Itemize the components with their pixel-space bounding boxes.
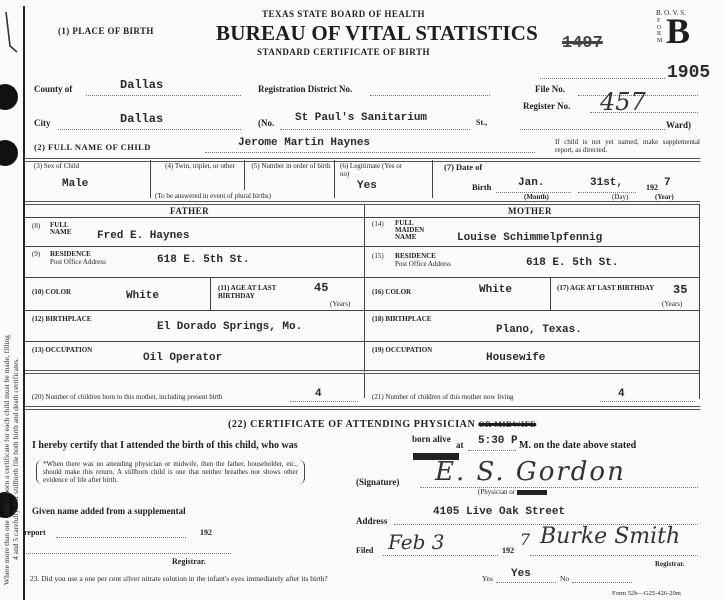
father-color-label: (10) COLOR [32, 288, 71, 296]
city-label: City [34, 118, 51, 128]
street-no-label: (No. [258, 118, 274, 128]
margin-instruction-line1: Where more than one child is born a cert… [2, 335, 11, 585]
legitimate-label: (6) Legitimate (Yes or no) [340, 162, 404, 178]
registrar-signature: Burke Smith [540, 524, 680, 549]
twin-label: (4) Twin, triplet, or other [160, 162, 240, 170]
father-residence-label: RESIDENCE [50, 250, 91, 258]
divider [550, 278, 551, 310]
divider-parents-top [25, 201, 700, 205]
register-no-label: Register No. [523, 101, 570, 111]
yes-line [496, 582, 556, 583]
address-label: Address [356, 516, 387, 526]
certificate-heading: (22) CERTIFICATE OF ATTENDING PHYSICIAN … [228, 419, 536, 430]
parents-center-divider [364, 204, 365, 372]
struck-midwife-text: OR MIDWIFE [478, 420, 536, 429]
children-living-line [600, 401, 695, 402]
silver-nitrate-yes-value: Yes [511, 568, 531, 580]
children-born-label: (20) Number of children born to this mot… [32, 393, 222, 401]
year-caption: (Year) [655, 193, 674, 201]
children-born-line [290, 401, 358, 402]
mother-color-label: (16) COLOR [372, 288, 411, 296]
children-living-label: (21) Number of children of this mother n… [372, 393, 514, 401]
mother-name-label: FULL MAIDEN NAME [395, 220, 431, 241]
time-line [468, 450, 516, 451]
no-line [572, 582, 632, 583]
father-age-value: 45 [314, 281, 328, 295]
child-name-value: Jerome Martin Haynes [238, 137, 370, 149]
mother-occupation-value: Housewife [486, 352, 545, 364]
no-physician-note: *When there was no attending physician o… [36, 460, 305, 484]
divider [210, 278, 211, 310]
registrar-line-right [530, 555, 698, 556]
physician-address-value: 4105 Live Oak Street [433, 506, 565, 518]
birth-day-value: 31st, [590, 177, 623, 189]
form-vertical-label: FORM [657, 18, 663, 44]
divider [25, 341, 700, 342]
father-birthplace-label: (12) BIRTHPLACE [32, 315, 91, 323]
divider [25, 277, 700, 278]
mother-age-value: 35 [673, 283, 687, 297]
father-heading: FATHER [170, 206, 209, 216]
mother-heading: MOTHER [508, 206, 552, 216]
mother-birthplace-label: (18) BIRTHPLACE [372, 315, 431, 323]
time-suffix: M. on the date above stated [519, 440, 636, 451]
filed-year-prefix: 192 [502, 546, 514, 555]
ward-line [520, 129, 665, 130]
filed-date-value: Feb 3 [388, 530, 445, 554]
file-number-dots [540, 78, 665, 79]
street-suffix-label: St., [476, 118, 487, 127]
registration-district-line [370, 95, 490, 96]
registrar-caption-left: Registrar. [172, 557, 206, 566]
registrar-caption-right: Registrar. [655, 560, 684, 568]
street-no-line [280, 129, 470, 130]
certificate-heading-text: (22) CERTIFICATE OF ATTENDING PHYSICIAN [228, 419, 475, 430]
given-name-label: Given name added from a supplemental [32, 506, 186, 516]
father-color-value: White [126, 290, 159, 302]
filed-label: Filed [356, 546, 373, 555]
report-line [56, 537, 186, 538]
father-residence-value: 618 E. 5th St. [157, 254, 249, 266]
binding-hole-top [0, 84, 18, 110]
form-letter: B [666, 12, 690, 50]
left-border [23, 6, 25, 600]
divider-certificate-top [25, 406, 700, 410]
county-field-line [86, 95, 241, 96]
mother-name-value: Louise Schimmelpfennig [457, 232, 602, 244]
father-residence-label-num: (9) [32, 250, 40, 258]
city-value: Dallas [120, 112, 163, 126]
physician-caption-text: (Physician or [478, 488, 515, 496]
board-name: TEXAS STATE BOARD OF HEALTH [262, 9, 425, 19]
register-no-value: 457 [600, 88, 646, 116]
father-residence-sublabel: Post Office Address [50, 258, 106, 266]
born-alive-text: born alive [412, 434, 451, 444]
physician-caption: (Physician or [478, 488, 547, 496]
sex-label: (3) Sex of Child [34, 162, 84, 170]
ward-label: Ward) [666, 120, 691, 130]
divider [25, 246, 700, 247]
sex-value: Male [62, 178, 88, 190]
silver-nitrate-yes-label: Yes [482, 574, 493, 583]
father-birthplace-value: El Dorado Springs, Mo. [157, 321, 302, 333]
no-physician-note-text: *When there was no attending physician o… [43, 460, 298, 484]
check-mark-icon [4, 6, 18, 54]
city-field-line [58, 129, 241, 130]
mother-years-caption: (Years) [662, 300, 682, 308]
mother-occupation-label: (19) OCCUPATION [372, 346, 432, 354]
children-living-value: 4 [618, 388, 625, 400]
birth-year-prefix: 192 [646, 183, 658, 192]
plural-births-note: (To be answered in event of plural birth… [155, 192, 271, 200]
divider-children-top [25, 370, 700, 374]
order-label: (5) Number in order of birth [250, 162, 332, 170]
birth-year-value: 7 [664, 177, 671, 189]
form-number: Form 52b—G25-426-20m [612, 590, 681, 597]
father-occupation-value: Oil Operator [143, 352, 222, 364]
physician-signature: E. S. Gordon [435, 457, 626, 487]
mother-residence-sublabel: Post Office Address [395, 260, 451, 268]
child-name-label: (2) FULL NAME OF CHILD [34, 142, 151, 152]
mother-age-label: (17) AGE AT LAST BIRTHDAY [557, 284, 661, 292]
divider [432, 160, 433, 198]
signature-line [420, 487, 698, 488]
filed-line [383, 555, 498, 556]
report-label: report [24, 528, 46, 537]
at-label: at [456, 440, 464, 450]
struck-midwife-caption [517, 490, 547, 495]
mother-color-value: White [479, 284, 512, 296]
month-caption: (Month) [524, 193, 549, 201]
struck-number: 1497 [562, 34, 603, 53]
place-of-birth-label: (1) PLACE OF BIRTH [58, 26, 154, 36]
divider [25, 217, 700, 218]
divider [150, 160, 151, 198]
day-caption: (Day) [612, 193, 628, 201]
children-born-value: 4 [315, 388, 322, 400]
father-occupation-label: (13) OCCUPATION [32, 346, 92, 354]
file-number-stamp: 1905 [667, 63, 710, 83]
county-value: Dallas [120, 78, 163, 92]
mother-birthplace-value: Plano, Texas. [496, 324, 582, 336]
file-no-label: File No. [535, 84, 565, 94]
certificate-subtitle: STANDARD CERTIFICATE OF BIRTH [257, 47, 430, 57]
street-no-value: St Paul's Sanitarium [295, 112, 427, 124]
signature-label: (Signature) [356, 477, 399, 487]
silver-nitrate-question: 23. Did you use a one per cent silver ni… [30, 574, 328, 583]
legitimate-value: Yes [357, 180, 377, 192]
mother-residence-label: RESIDENCE [395, 252, 436, 260]
margin-instruction-line2: 4 and 5 carefully. For stillbirth file b… [11, 358, 20, 560]
registrar-line-left [26, 553, 231, 554]
county-label: County of [34, 84, 72, 94]
mother-residence-value: 618 E. 5th St. [526, 257, 618, 269]
binding-hole-middle [0, 140, 18, 166]
birth-month-value: Jan. [518, 177, 544, 189]
filed-year-value: 7 [520, 530, 530, 549]
father-age-label: (11) AGE AT LAST BIRTHDAY [218, 284, 314, 300]
child-name-line [205, 152, 535, 153]
father-name-label: FULL NAME [50, 222, 82, 236]
birth-time-value: 5:30 P. [478, 435, 524, 447]
mother-residence-label-num: (15) [372, 252, 384, 260]
divider [25, 310, 700, 311]
father-name-value: Fred E. Haynes [97, 230, 189, 242]
registration-district-label: Registration District No. [258, 84, 352, 94]
certify-statement: I hereby certify that I attended the bir… [32, 440, 298, 451]
divider [334, 160, 335, 198]
father-years-caption: (Years) [330, 300, 350, 308]
not-named-note: If child is not yet named, make suppleme… [555, 138, 700, 154]
mother-name-label-num: (14) [372, 220, 384, 228]
bureau-title: BUREAU OF VITAL STATISTICS [216, 21, 538, 46]
divider [364, 374, 365, 398]
birth-label: Birth [472, 182, 491, 192]
divider [244, 160, 245, 190]
father-name-label-num: (8) [32, 222, 40, 230]
date-of-birth-label: (7) Date of [444, 162, 482, 172]
report-year: 192 [200, 528, 212, 537]
silver-nitrate-no-label: No [560, 574, 569, 583]
